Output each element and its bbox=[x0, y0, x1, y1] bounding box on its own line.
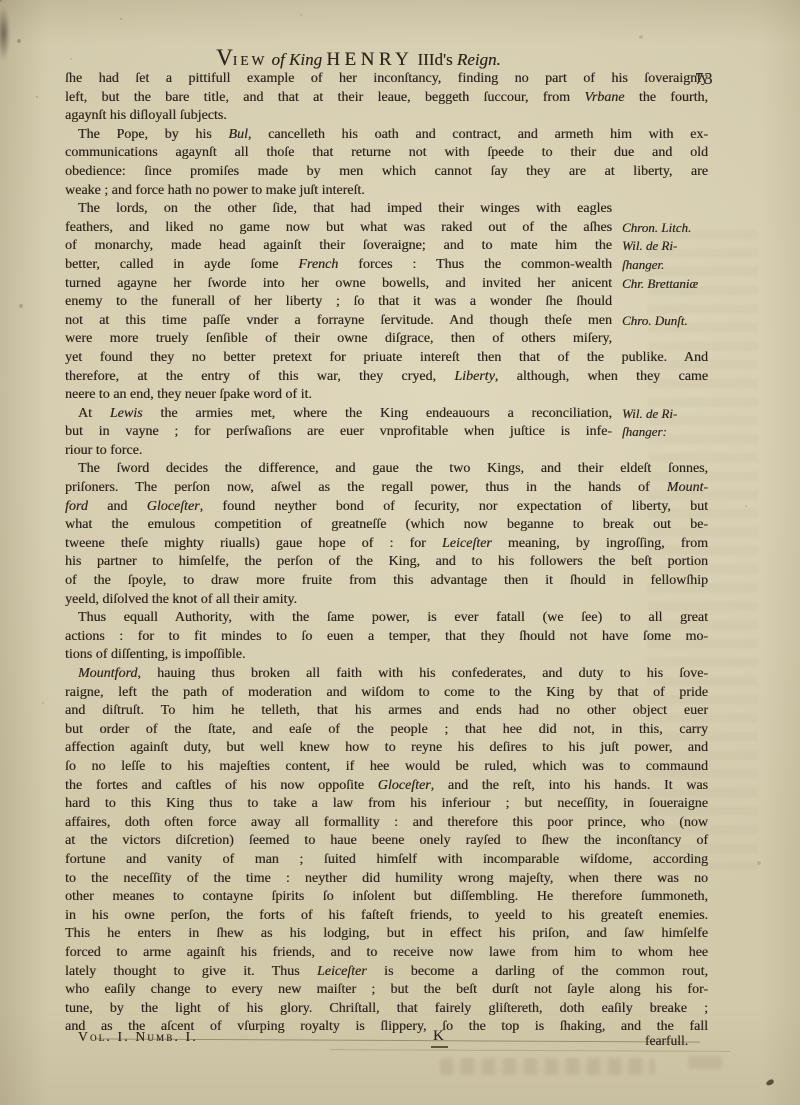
text-line: communications agaynſt all thoſe that re… bbox=[65, 144, 708, 163]
title-part: IEW bbox=[233, 53, 267, 68]
text-line: ſo no leſſe to his majeſties content, if… bbox=[65, 758, 708, 777]
signature-underline bbox=[431, 1046, 448, 1048]
signature-mark: K bbox=[433, 1028, 444, 1045]
text-line: affaires, doth often force away all form… bbox=[65, 814, 708, 833]
text-line: in his owne perſon, the forts of his faſ… bbox=[65, 907, 708, 926]
show-through-smudge bbox=[688, 1056, 722, 1069]
text-line: what the emulous competition of greatneſ… bbox=[65, 516, 708, 535]
text-line: of monarchy, made head againſt their ſov… bbox=[65, 237, 612, 256]
text-line: the fortes and caſtles of his now oppoſi… bbox=[65, 777, 708, 796]
catchword: fearfull. bbox=[645, 1033, 688, 1049]
page-title: VIEW of King HENRY IIId's Reign. bbox=[37, 45, 680, 71]
show-through-smudge bbox=[440, 1058, 655, 1075]
text-line: other meanes to contayne ſpirits ſo inſo… bbox=[65, 888, 708, 907]
text-line: Thus equall Authority, with the ſame pow… bbox=[65, 609, 708, 628]
text-line: agaynſt his diſloyall ſubjects. bbox=[65, 107, 708, 126]
ink-speck bbox=[765, 1079, 774, 1087]
text-line: forced to arme againſt his friends, and … bbox=[65, 944, 708, 963]
title-part: of King bbox=[267, 50, 326, 69]
text-line: priſoners. The perſon now, aſwel as the … bbox=[65, 479, 708, 498]
title-part: V bbox=[216, 45, 233, 70]
text-line: weake ; and force hath no power to make … bbox=[65, 182, 708, 201]
text-line: tune, by the light of his glory. Chriſta… bbox=[65, 1000, 708, 1019]
text-line: of the ſpoyle, to draw more fruite from … bbox=[65, 572, 708, 591]
text-line: therefore, at the entry of this war, the… bbox=[65, 368, 708, 387]
text-line: riour to force. bbox=[65, 442, 708, 461]
text-line: fortune and vanity of man ; ſuited himſe… bbox=[65, 851, 708, 870]
scratch-line bbox=[330, 1049, 730, 1052]
book-page: VIEW of King HENRY IIId's Reign. 73 ſhe … bbox=[0, 0, 800, 1105]
text-line: not at this time paſſe vnder a forrayne … bbox=[65, 312, 612, 331]
text-line: who eaſily change to every new maiſter ;… bbox=[65, 981, 708, 1000]
paper-speckles bbox=[0, 0, 2, 2]
text-line: to the neceſſity of the time : neyther d… bbox=[65, 870, 708, 889]
body-text: ſhe had ſet a pittifull example of her i… bbox=[65, 70, 708, 1037]
text-line: The Pope, by his Bul, cancelleth his oat… bbox=[65, 126, 708, 145]
title-part: HENRY bbox=[326, 49, 413, 70]
volume-number: Vol. I. Numb. I. bbox=[78, 1029, 198, 1045]
text-line: The lords, on the other ſide, that had i… bbox=[65, 200, 612, 219]
text-line: left, but the bare title, and that at th… bbox=[65, 89, 708, 108]
margin-note: Chro. Dunſt. bbox=[622, 312, 782, 331]
text-line: affection againſt duty, but well knew ho… bbox=[65, 739, 708, 758]
text-line: Mountford, hauing thus broken all faith … bbox=[65, 665, 708, 684]
margin-note: ſhanger. bbox=[622, 256, 782, 275]
text-line: ſhe had ſet a pittifull example of her i… bbox=[65, 70, 708, 89]
text-line: raigne, left the path of moderation and … bbox=[65, 684, 708, 703]
text-line: tions of diſſenting, is impoſſible. bbox=[65, 646, 708, 665]
text-line: but order of the ſtate, and eaſe of the … bbox=[65, 721, 708, 740]
margin-note: Wil. de Ri- bbox=[622, 405, 782, 424]
text-line: enemy to the funerall of her liberty ; ſ… bbox=[65, 293, 612, 312]
text-line: and diſtruſt. To him he telleth, that hi… bbox=[65, 702, 708, 721]
ink-smudge bbox=[0, 6, 10, 61]
title-part: IIId's bbox=[413, 50, 457, 69]
text-line: at the victors diſcretion) ſeemed to hau… bbox=[65, 832, 708, 851]
text-line: feathers, and liked no game now but what… bbox=[65, 219, 612, 238]
text-line: actions : for to fit mindes to ſo euen a… bbox=[65, 628, 708, 647]
text-line: were more truely ſenſible of their owne … bbox=[65, 330, 612, 349]
margin-note: ſhanger: bbox=[622, 423, 782, 442]
text-line: neere to an end, they neuer ſpake word o… bbox=[65, 386, 708, 405]
text-line: The ſword decides the difference, and ga… bbox=[65, 460, 708, 479]
text-line: turned agayne her ſworde into her owne b… bbox=[65, 275, 612, 294]
text-line: his partner to himſelfe, the perſon of t… bbox=[65, 553, 708, 572]
text-line: This he enters in ſhew as his lodging, b… bbox=[65, 925, 708, 944]
text-line: yet found they no better pretext for pri… bbox=[65, 349, 708, 368]
title-part: Reign. bbox=[457, 50, 501, 69]
text-line: but in vayne ; for perſwaſions are euer … bbox=[65, 423, 612, 442]
text-line: obedience: ſince promiſes made by men wh… bbox=[65, 163, 708, 182]
text-line: ford and Gloceſter, found neyther bond o… bbox=[65, 498, 708, 517]
margin-note: Wil. de Ri- bbox=[622, 237, 782, 256]
text-line: better, called in ayde ſome French force… bbox=[65, 256, 612, 275]
text-line: yeeld, diſolved the knot of all their am… bbox=[65, 591, 708, 610]
text-line: lately thought to give it. Thus Leiceſte… bbox=[65, 963, 708, 982]
text-line: At Lewis the armies met, where the King … bbox=[65, 405, 612, 424]
margin-note: Chr. Brettaniæ bbox=[622, 275, 782, 294]
text-line: tweene theſe mighty riualls) gaue hope o… bbox=[65, 535, 708, 554]
margin-note: Chron. Litch. bbox=[622, 219, 782, 238]
text-line: hard to this King thus to take a law fro… bbox=[65, 795, 708, 814]
